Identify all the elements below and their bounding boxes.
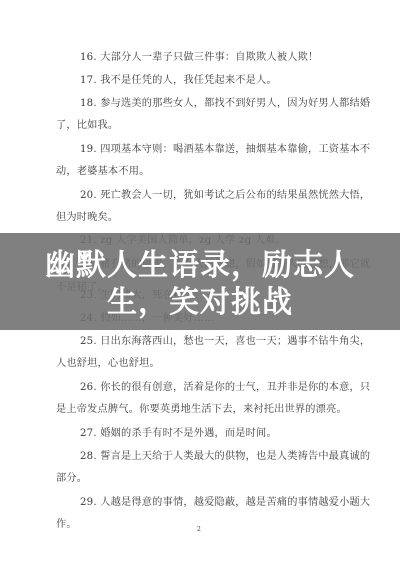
quote-line: 动，老婆基本不用。 [56,166,356,178]
banner-title-line-2: 生，笑对挑战 [0,284,400,321]
quote-line: 27. 婚姻的杀手有时不是外遇，而是时间。 [80,428,360,440]
quote-line: 是上帝发点脾气。你要英勇地生活下去，来衬托出世界的漂亮。 [56,404,356,416]
quote-line: 了，比如我。 [56,120,356,132]
quote-line: 人也舒坦，心也舒坦。 [56,358,356,370]
banner-title: 幽默人生语录，励志人 生，笑对挑战 [0,247,400,321]
quote-line: 19. 四项基本守则：喝酒基本靠送，抽烟基本靠偷，工资基本不 [80,144,360,156]
quote-line: 18. 参与选美的那些女人，都找不到好男人，因为好男人都结婚 [80,98,360,110]
quote-line: 26. 你长的很有创意，活着是你的士气，丑并非是你的本意，只 [80,382,360,394]
quote-line: 作。 [56,519,356,531]
quote-line: 部分。 [56,473,356,485]
quote-line: 25. 日出东海落西山，愁也一天，喜也一天；遇事不钻牛角尖， [80,336,360,348]
quote-line: 16. 大部分人一辈子只做三件事：自欺欺人被人欺！ [80,52,360,64]
quote-line: 29. 人越是得意的事情，越爱隐蔽，越是苦痛的事情越爱小题大 [80,497,360,509]
quote-line: 28. 誓言是上天给于人类最大的供物，也是人类祷告中最真诚的 [80,451,360,463]
banner-title-line-1: 幽默人生语录，励志人 [0,247,400,284]
quote-line: 但为时晚矣。 [56,212,356,224]
quote-line: 20. 死亡教会人一切，犹如考试之后公布的结果虽然恍然大悟， [80,190,360,202]
page-number: 2 [197,526,201,533]
quote-line: 17. 我不是任凭的人，我任凭起来不是人。 [80,75,360,87]
